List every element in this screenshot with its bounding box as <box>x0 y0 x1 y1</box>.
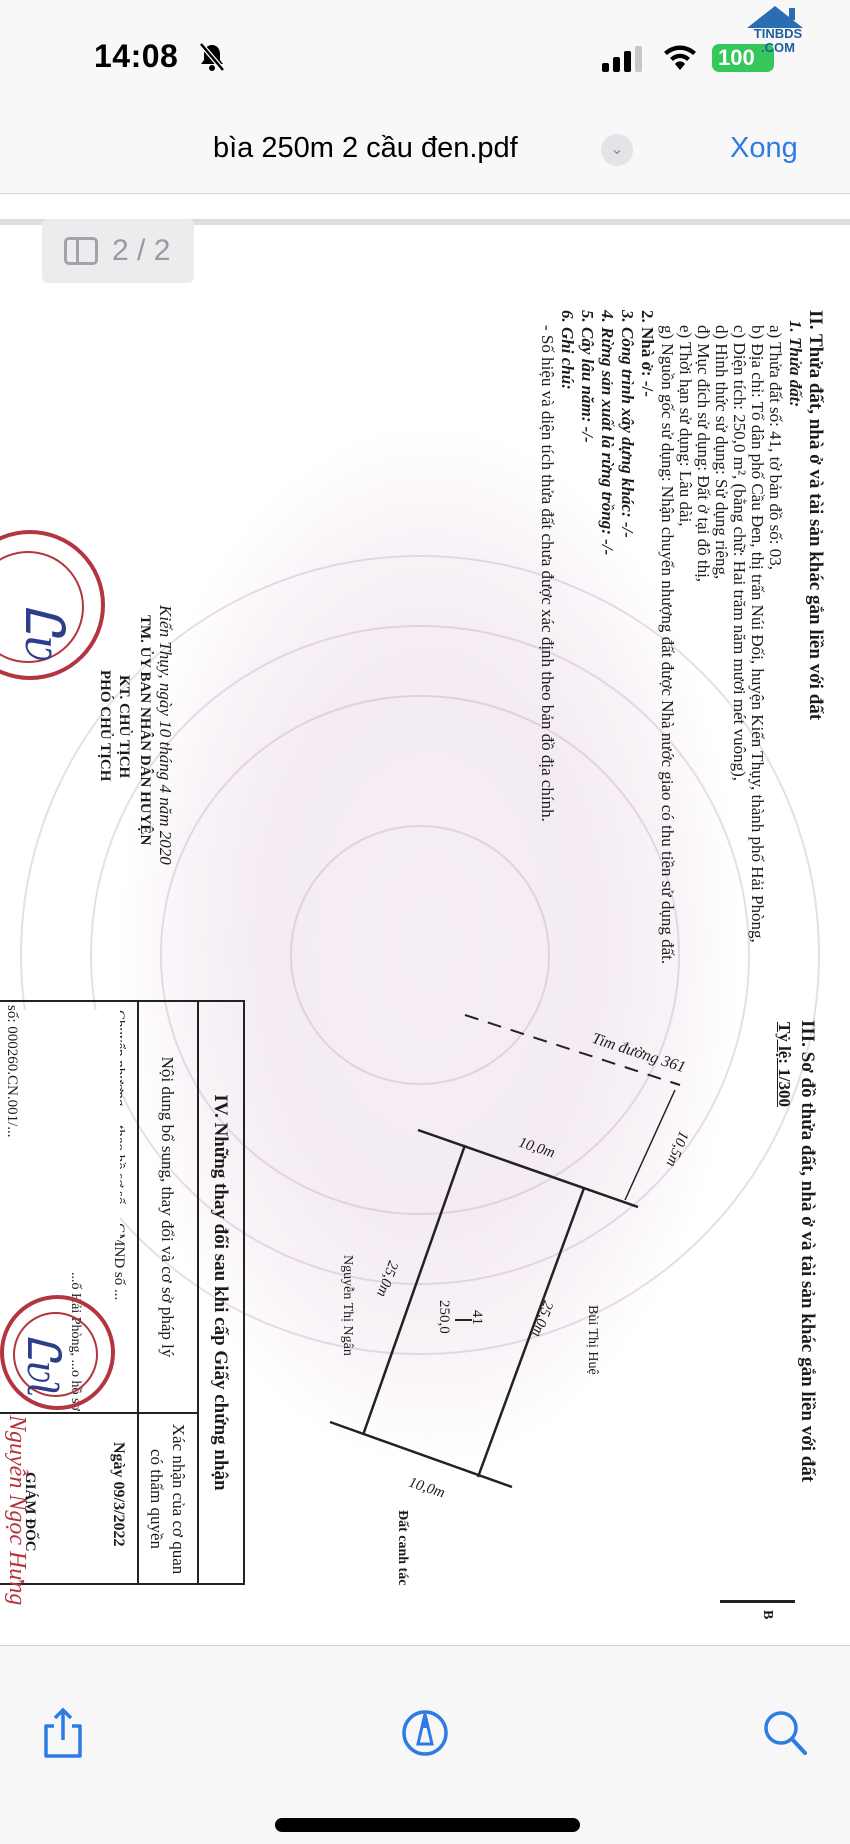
neighbor-back: Đất canh tác <box>394 1510 410 1585</box>
redacted-area <box>5 1010 120 1240</box>
north-label: B <box>759 1610 775 1619</box>
parcel-area: 250,0 <box>435 1300 452 1334</box>
header-confirmation: Xác nhận của cơ quan có thẩm quyền <box>145 1414 189 1584</box>
north-arrow-icon <box>720 1600 795 1603</box>
bottom-toolbar <box>0 1645 850 1844</box>
search-icon[interactable] <box>760 1706 810 1760</box>
page-indicator[interactable]: 2 / 2 <box>42 219 194 283</box>
neighbor-left: Nguyễn Thị Ngân <box>339 1255 355 1356</box>
neighbor-right: Bùi Thị Huệ <box>584 1305 600 1375</box>
signer-name: Nguyễn Ngọc Hưng <box>3 1415 30 1605</box>
changes-table-title: IV. Những thay đổi sau khi cấp Giấy chứn… <box>197 1002 243 1583</box>
pdf-page: II. Thửa đất, nhà ở và tài sản khác gắn … <box>0 225 850 1640</box>
bell-slash-icon <box>198 42 226 72</box>
status-time: 14:08 <box>94 38 178 75</box>
page-indicator-label: 2 / 2 <box>112 234 170 267</box>
cellular-signal-icon <box>602 46 644 72</box>
share-icon[interactable] <box>38 1706 88 1760</box>
sidebar-thumbnails-icon[interactable] <box>64 237 98 265</box>
chevron-down-icon[interactable]: ⌄ <box>601 134 633 166</box>
watermark-text: TINBDS .COM <box>748 27 808 55</box>
header-content: Nội dung bổ sung, thay đổi và cơ sở pháp… <box>137 1002 197 1412</box>
confirmation-signature: Ꮭʋʅ <box>15 1335 70 1395</box>
home-indicator[interactable] <box>275 1818 580 1832</box>
document-title[interactable]: bìa 250m 2 cầu đen.pdf <box>213 132 518 165</box>
markup-pen-icon[interactable] <box>400 1706 450 1760</box>
parcel-number: 41 <box>468 1310 485 1325</box>
wifi-icon <box>662 42 698 72</box>
pdf-viewport[interactable]: II. Thửa đất, nhà ở và tài sản khác gắn … <box>0 195 850 1645</box>
status-bar: 14:08 100 TINBDS .COM <box>0 0 850 110</box>
table-column-divider <box>0 1412 197 1414</box>
certificate-serial: số: 000260.CN.001/... <box>3 1005 20 1138</box>
confirmation-date: Ngày 09/3/2022 <box>109 1442 127 1546</box>
navigation-bar: bìa 250m 2 cầu đen.pdf ⌄ Xong <box>0 110 850 194</box>
changes-table-header: Nội dung bổ sung, thay đổi và cơ sở pháp… <box>137 1002 197 1583</box>
done-button[interactable]: Xong <box>730 132 798 165</box>
